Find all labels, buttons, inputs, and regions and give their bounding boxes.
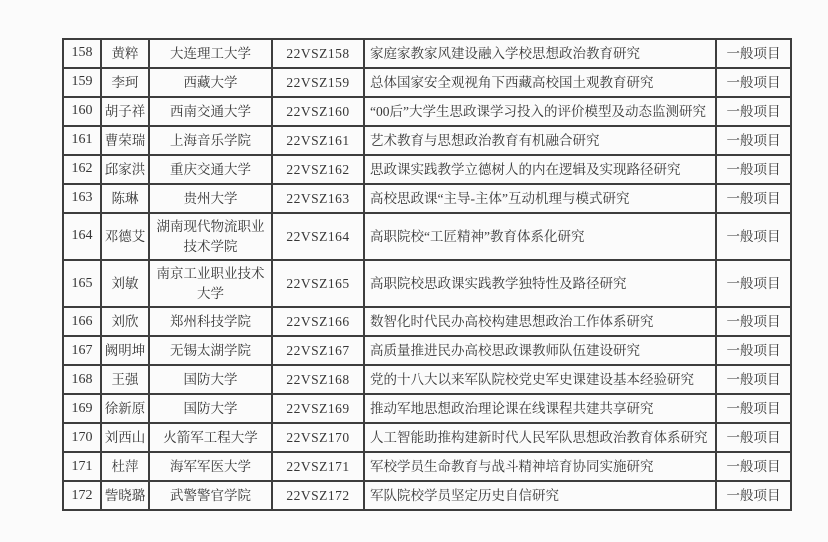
table-row: 159李珂西藏大学22VSZ159总体国家安全观视角下西藏高校国土观教育研究一般… [63, 68, 791, 97]
title-cell: 数智化时代民办高校构建思想政治工作体系研究 [364, 307, 716, 336]
name-cell: 刘敏 [101, 260, 149, 307]
title-cell: 党的十八大以来军队院校党史军史课建设基本经验研究 [364, 365, 716, 394]
project-table-body: 158黄粹大连理工大学22VSZ158家庭家教家风建设融入学校思想政治教育研究一… [63, 39, 791, 510]
title-cell: 推动军地思想政治理论课在线课程共建共享研究 [364, 394, 716, 423]
title-cell: 军校学员生命教育与战斗精神培育协同实施研究 [364, 452, 716, 481]
category-cell: 一般项目 [716, 481, 791, 510]
document-page: 158黄粹大连理工大学22VSZ158家庭家教家风建设融入学校思想政治教育研究一… [0, 0, 828, 542]
code-cell: 22VSZ160 [272, 97, 364, 126]
category-cell: 一般项目 [716, 68, 791, 97]
table-row: 160胡子祥西南交通大学22VSZ160“00后”大学生思政课学习投入的评价模型… [63, 97, 791, 126]
category-cell: 一般项目 [716, 39, 791, 68]
school-cell: 西南交通大学 [149, 97, 272, 126]
code-cell: 22VSZ170 [272, 423, 364, 452]
name-cell: 黄粹 [101, 39, 149, 68]
code-cell: 22VSZ161 [272, 126, 364, 155]
table-row: 158黄粹大连理工大学22VSZ158家庭家教家风建设融入学校思想政治教育研究一… [63, 39, 791, 68]
school-cell: 湖南现代物流职业技术学院 [149, 213, 272, 260]
row-number-cell: 163 [63, 184, 101, 213]
table-row: 167阙明坤无锡太湖学院22VSZ167高质量推进民办高校思政课教师队伍建设研究… [63, 336, 791, 365]
row-number-cell: 169 [63, 394, 101, 423]
title-cell: 高校思政课“主导-主体”互动机理与模式研究 [364, 184, 716, 213]
code-cell: 22VSZ162 [272, 155, 364, 184]
code-cell: 22VSZ164 [272, 213, 364, 260]
row-number-cell: 160 [63, 97, 101, 126]
table-row: 161曹荣瑞上海音乐学院22VSZ161艺术教育与思想政治教育有机融合研究一般项… [63, 126, 791, 155]
table-row: 168王强国防大学22VSZ168党的十八大以来军队院校党史军史课建设基本经验研… [63, 365, 791, 394]
school-cell: 上海音乐学院 [149, 126, 272, 155]
name-cell: 杜萍 [101, 452, 149, 481]
category-cell: 一般项目 [716, 365, 791, 394]
category-cell: 一般项目 [716, 126, 791, 155]
row-number-cell: 168 [63, 365, 101, 394]
school-cell: 南京工业职业技术大学 [149, 260, 272, 307]
project-list-table: 158黄粹大连理工大学22VSZ158家庭家教家风建设融入学校思想政治教育研究一… [62, 38, 792, 511]
table-row: 166刘欣郑州科技学院22VSZ166数智化时代民办高校构建思想政治工作体系研究… [63, 307, 791, 336]
title-cell: “00后”大学生思政课学习投入的评价模型及动态监测研究 [364, 97, 716, 126]
table-row: 170刘西山火箭军工程大学22VSZ170人工智能助推构建新时代人民军队思想政治… [63, 423, 791, 452]
category-cell: 一般项目 [716, 452, 791, 481]
category-cell: 一般项目 [716, 336, 791, 365]
category-cell: 一般项目 [716, 213, 791, 260]
name-cell: 曹荣瑞 [101, 126, 149, 155]
school-cell: 重庆交通大学 [149, 155, 272, 184]
school-cell: 火箭军工程大学 [149, 423, 272, 452]
row-number-cell: 166 [63, 307, 101, 336]
row-number-cell: 162 [63, 155, 101, 184]
name-cell: 刘西山 [101, 423, 149, 452]
school-cell: 国防大学 [149, 394, 272, 423]
title-cell: 总体国家安全观视角下西藏高校国土观教育研究 [364, 68, 716, 97]
name-cell: 陈琳 [101, 184, 149, 213]
table-row: 169徐新原国防大学22VSZ169推动军地思想政治理论课在线课程共建共享研究一… [63, 394, 791, 423]
code-cell: 22VSZ167 [272, 336, 364, 365]
school-cell: 贵州大学 [149, 184, 272, 213]
name-cell: 訾晓璐 [101, 481, 149, 510]
category-cell: 一般项目 [716, 184, 791, 213]
name-cell: 刘欣 [101, 307, 149, 336]
name-cell: 阙明坤 [101, 336, 149, 365]
school-cell: 大连理工大学 [149, 39, 272, 68]
title-cell: 高质量推进民办高校思政课教师队伍建设研究 [364, 336, 716, 365]
name-cell: 王强 [101, 365, 149, 394]
name-cell: 徐新原 [101, 394, 149, 423]
table-row: 162邱家洪重庆交通大学22VSZ162思政课实践教学立德树人的内在逻辑及实现路… [63, 155, 791, 184]
category-cell: 一般项目 [716, 307, 791, 336]
title-cell: 人工智能助推构建新时代人民军队思想政治教育体系研究 [364, 423, 716, 452]
school-cell: 武警警官学院 [149, 481, 272, 510]
code-cell: 22VSZ169 [272, 394, 364, 423]
row-number-cell: 170 [63, 423, 101, 452]
category-cell: 一般项目 [716, 260, 791, 307]
code-cell: 22VSZ158 [272, 39, 364, 68]
row-number-cell: 161 [63, 126, 101, 155]
code-cell: 22VSZ171 [272, 452, 364, 481]
category-cell: 一般项目 [716, 97, 791, 126]
row-number-cell: 159 [63, 68, 101, 97]
code-cell: 22VSZ159 [272, 68, 364, 97]
title-cell: 军队院校学员坚定历史自信研究 [364, 481, 716, 510]
school-cell: 国防大学 [149, 365, 272, 394]
title-cell: 高职院校思政课实践教学独特性及路径研究 [364, 260, 716, 307]
row-number-cell: 158 [63, 39, 101, 68]
code-cell: 22VSZ165 [272, 260, 364, 307]
title-cell: 思政课实践教学立德树人的内在逻辑及实现路径研究 [364, 155, 716, 184]
row-number-cell: 167 [63, 336, 101, 365]
category-cell: 一般项目 [716, 394, 791, 423]
school-cell: 海军军医大学 [149, 452, 272, 481]
table-row: 172訾晓璐武警警官学院22VSZ172军队院校学员坚定历史自信研究一般项目 [63, 481, 791, 510]
row-number-cell: 172 [63, 481, 101, 510]
name-cell: 李珂 [101, 68, 149, 97]
category-cell: 一般项目 [716, 423, 791, 452]
title-cell: 家庭家教家风建设融入学校思想政治教育研究 [364, 39, 716, 68]
table-row: 164邓德艾湖南现代物流职业技术学院22VSZ164高职院校“工匠精神”教育体系… [63, 213, 791, 260]
school-cell: 无锡太湖学院 [149, 336, 272, 365]
title-cell: 艺术教育与思想政治教育有机融合研究 [364, 126, 716, 155]
row-number-cell: 171 [63, 452, 101, 481]
table-row: 165刘敏南京工业职业技术大学22VSZ165高职院校思政课实践教学独特性及路径… [63, 260, 791, 307]
name-cell: 胡子祥 [101, 97, 149, 126]
code-cell: 22VSZ166 [272, 307, 364, 336]
title-cell: 高职院校“工匠精神”教育体系化研究 [364, 213, 716, 260]
school-cell: 郑州科技学院 [149, 307, 272, 336]
name-cell: 邱家洪 [101, 155, 149, 184]
code-cell: 22VSZ168 [272, 365, 364, 394]
row-number-cell: 165 [63, 260, 101, 307]
school-cell: 西藏大学 [149, 68, 272, 97]
table-row: 171杜萍海军军医大学22VSZ171军校学员生命教育与战斗精神培育协同实施研究… [63, 452, 791, 481]
name-cell: 邓德艾 [101, 213, 149, 260]
table-row: 163陈琳贵州大学22VSZ163高校思政课“主导-主体”互动机理与模式研究一般… [63, 184, 791, 213]
row-number-cell: 164 [63, 213, 101, 260]
category-cell: 一般项目 [716, 155, 791, 184]
code-cell: 22VSZ163 [272, 184, 364, 213]
code-cell: 22VSZ172 [272, 481, 364, 510]
